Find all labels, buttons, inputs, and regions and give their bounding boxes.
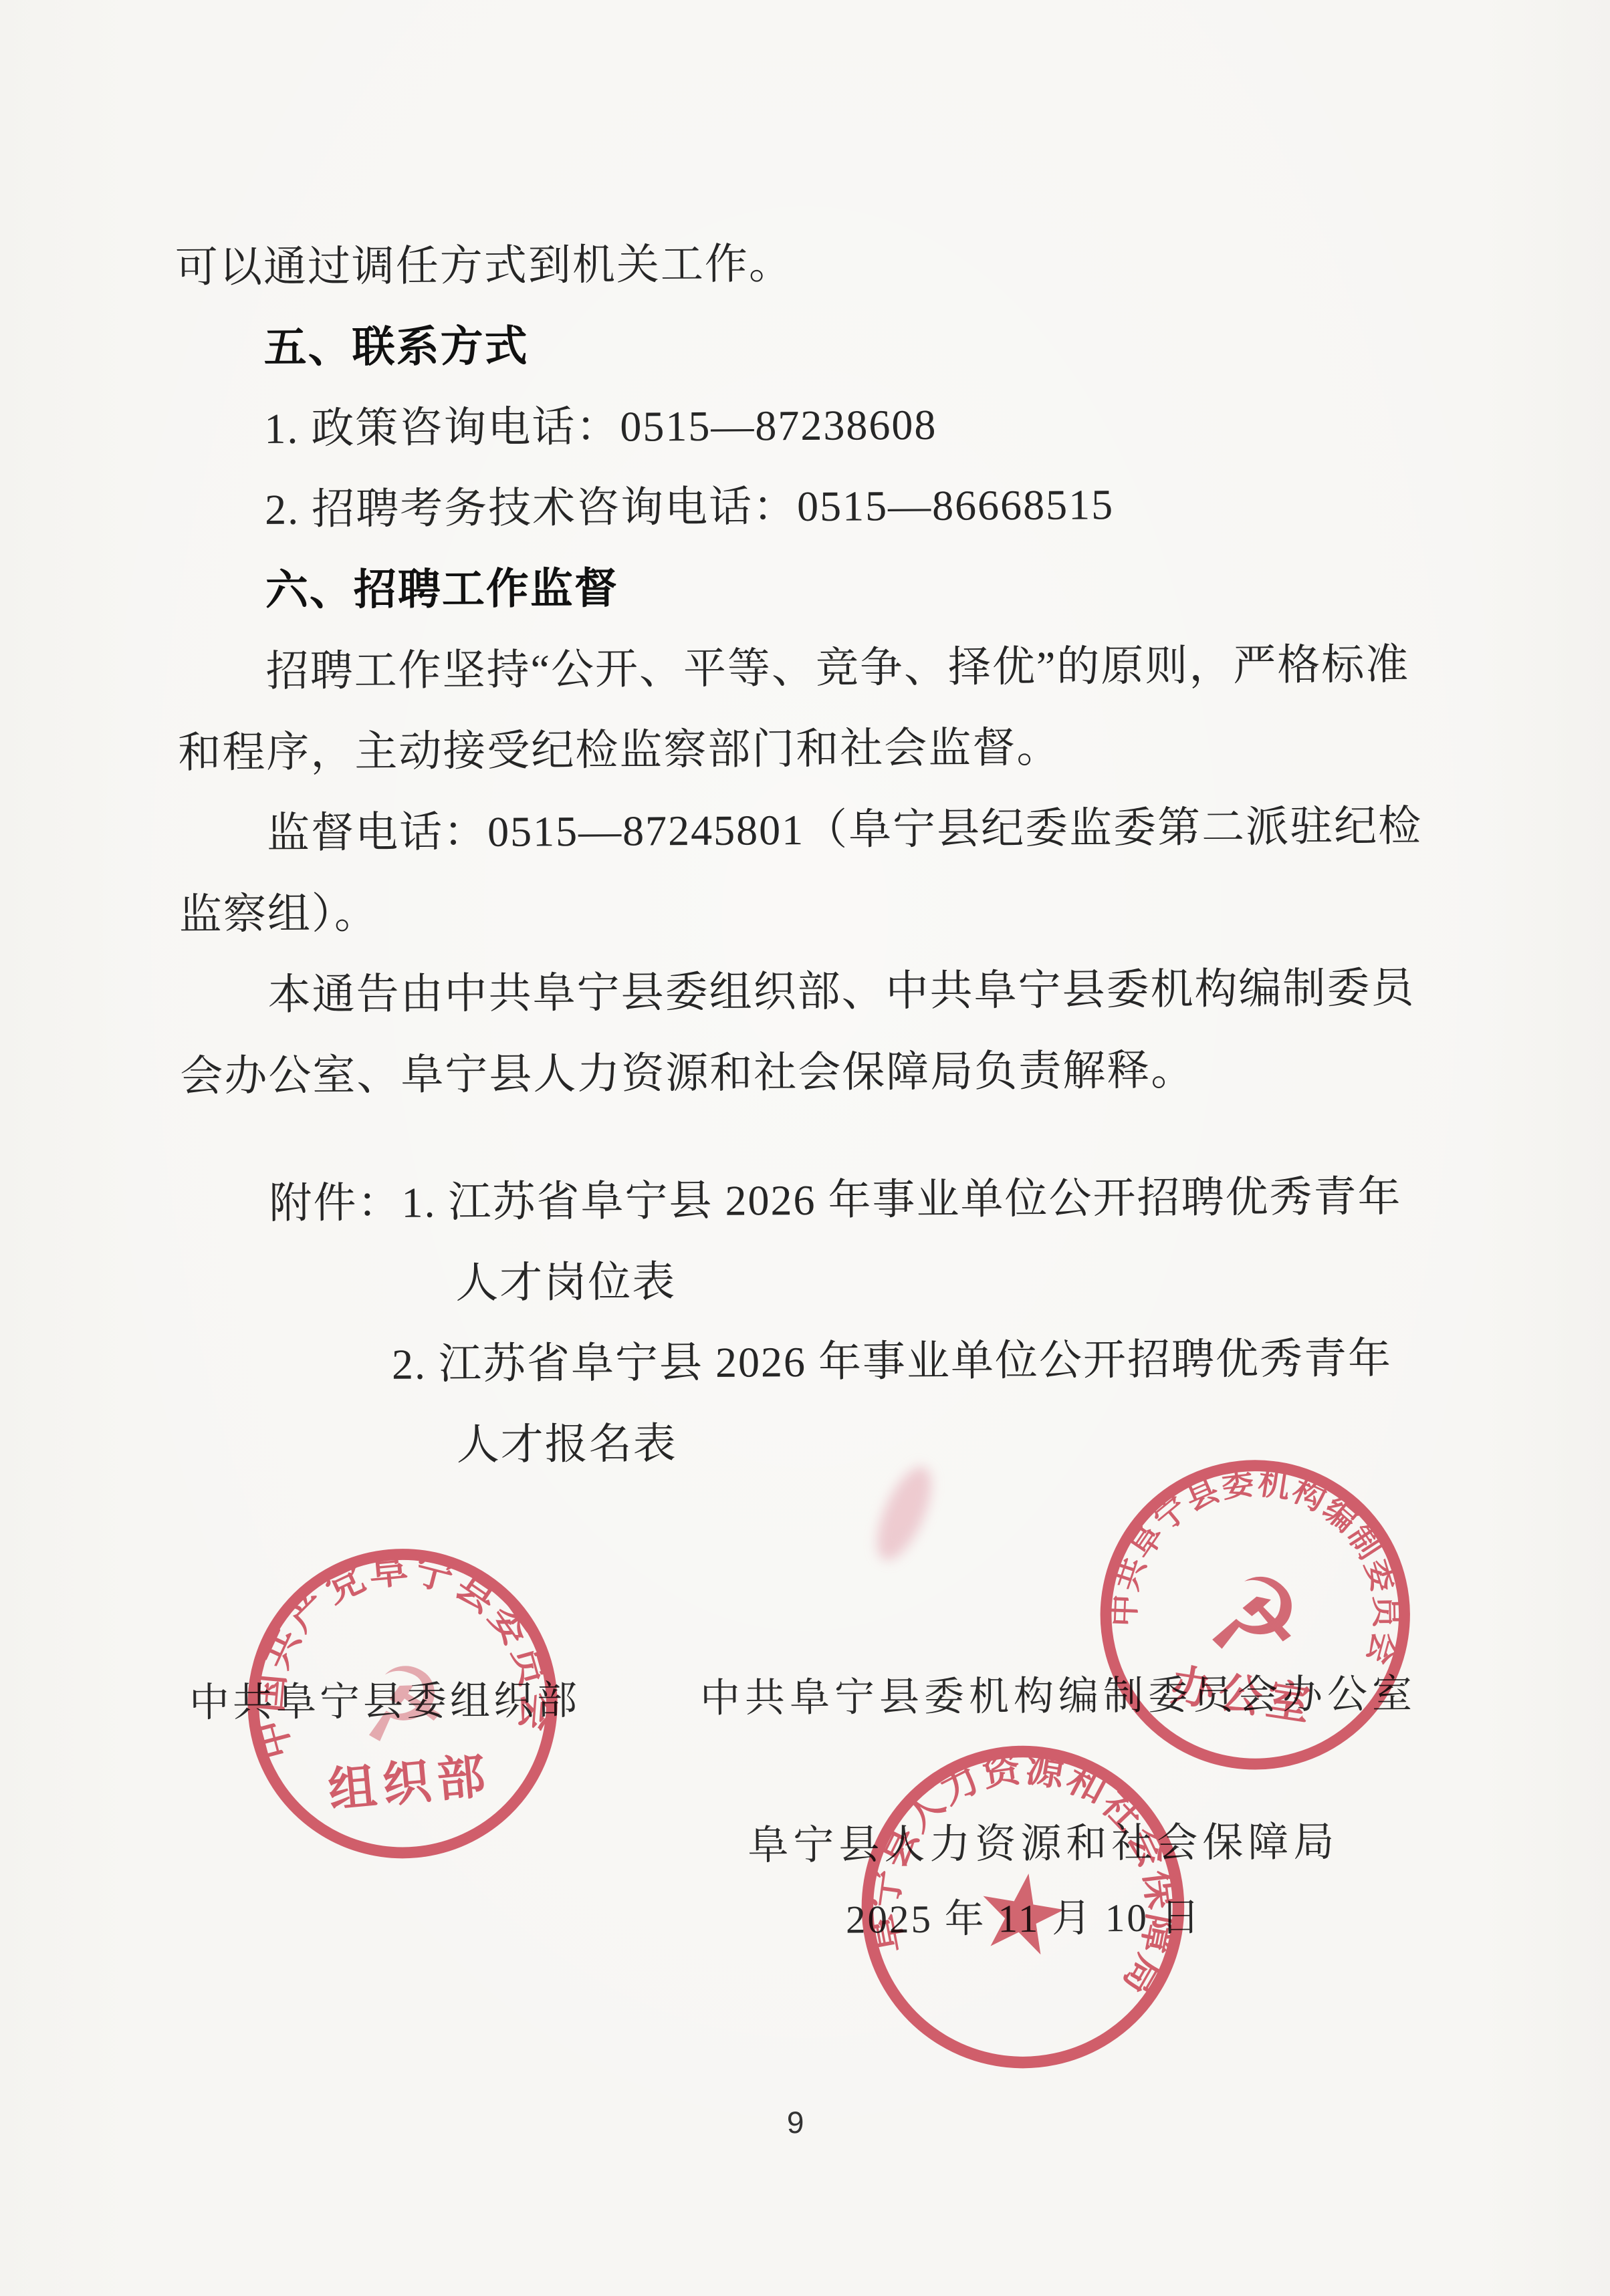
- official-seal-committee-office: 中共阜宁县委机构编制委员会 ☭ 办公室: [1072, 1432, 1438, 1798]
- hammer-and-sickle-icon: ☭: [353, 1644, 453, 1767]
- attachment-line: 附件：1. 江苏省阜宁县 2026 年事业单位公开招聘优秀青年: [181, 1156, 1431, 1244]
- attachment-line: 人才岗位表: [181, 1237, 1432, 1325]
- section-heading: 五、联系方式: [175, 300, 1426, 388]
- body-line: 和程序，主动接受纪检监察部门和社会监督。: [178, 705, 1429, 793]
- hammer-and-sickle-icon: ☭: [1199, 1549, 1311, 1685]
- section-heading: 六、招聘工作监督: [177, 543, 1428, 631]
- official-seal-organization-department: 中国共产党阜宁县委员会 ☭ 组织部: [228, 1529, 578, 1878]
- document-body: 可以通过调任方式到机关工作。 五、联系方式 1. 政策咨询电话：0515—872…: [175, 219, 1433, 1487]
- body-line: 会办公室、阜宁县人力资源和社会保障局负责解释。: [180, 1028, 1431, 1116]
- body-line: 监督电话：0515—87245801（阜宁县纪委监委第二派驻纪检: [179, 785, 1429, 874]
- page-content: 可以通过调任方式到机关工作。 五、联系方式 1. 政策咨询电话：0515—872…: [0, 0, 1610, 2296]
- seal-bottom-text: 组织部: [326, 1747, 494, 1818]
- body-line: 监察组）。: [179, 866, 1429, 954]
- star-icon: ★: [964, 1843, 1080, 1983]
- official-seal-hr-social-security-bureau: 阜宁县人力资源和社会保障局 ★: [830, 1714, 1216, 2100]
- body-line: 2. 招聘考务技术咨询电话：0515—86668515: [177, 462, 1427, 550]
- body-line: 招聘工作坚持“公开、平等、竞争、择优”的原则，严格标准: [177, 624, 1428, 712]
- body-line: 1. 政策咨询电话：0515—87238608: [176, 381, 1427, 469]
- body-line: 本通告由中共阜宁县委组织部、中共阜宁县委机构编制委员: [179, 947, 1430, 1035]
- scanned-document-page: 可以通过调任方式到机关工作。 五、联系方式 1. 政策咨询电话：0515—872…: [0, 0, 1610, 2296]
- page-number: 9: [787, 2104, 804, 2140]
- seal-bottom-text: 办公室: [1167, 1660, 1318, 1732]
- attachment-line: 2. 江苏省阜宁县 2026 年事业单位公开招聘优秀青年: [182, 1317, 1433, 1406]
- body-line: 可以通过调任方式到机关工作。: [175, 219, 1426, 307]
